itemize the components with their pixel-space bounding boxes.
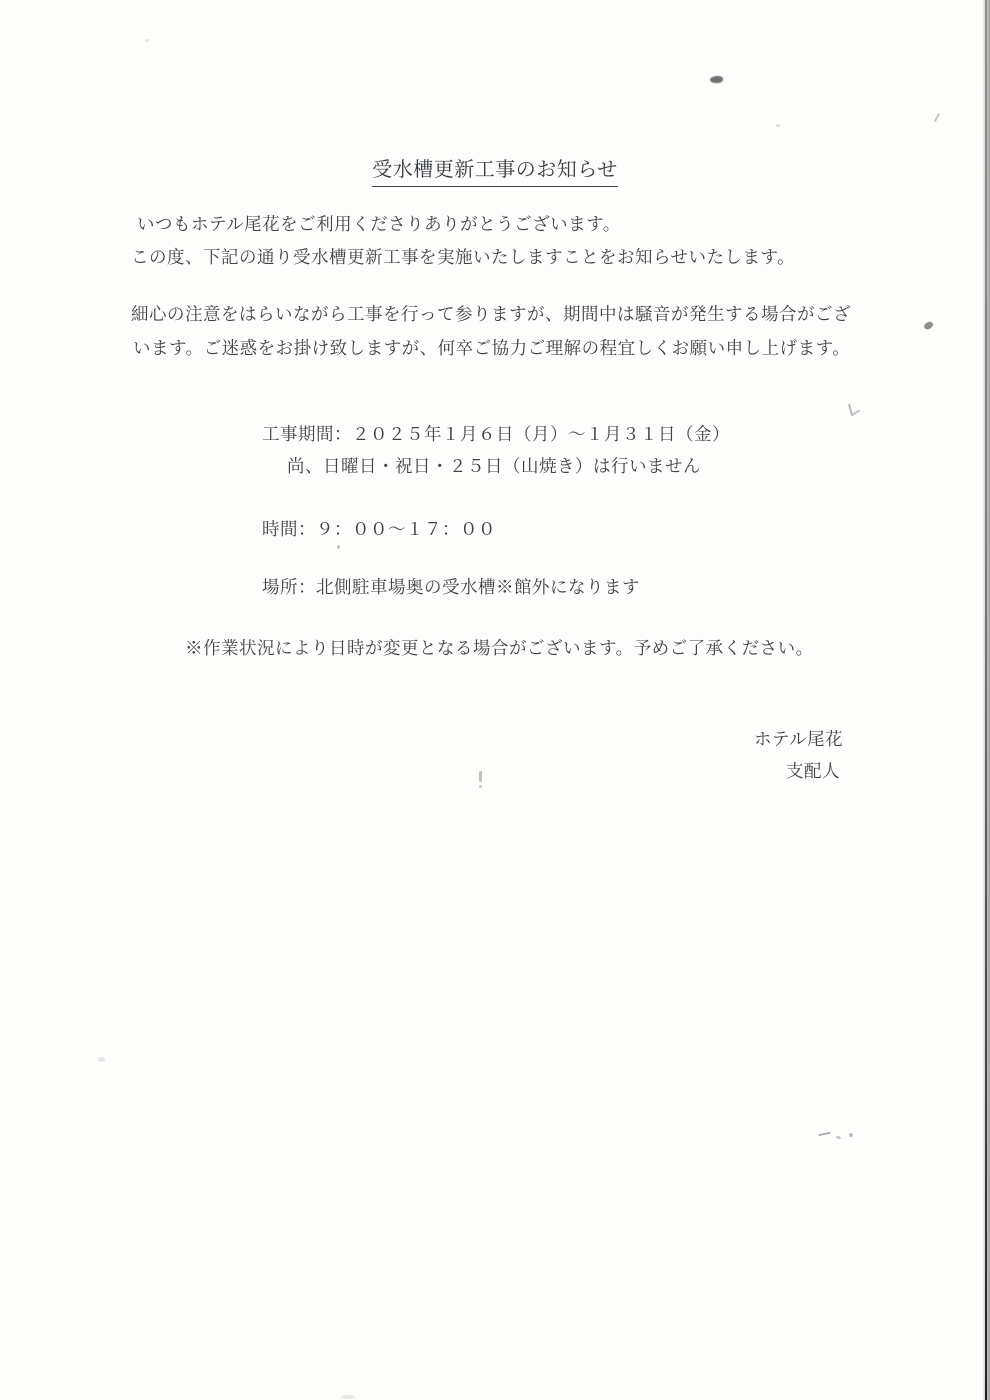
scan-speck — [934, 113, 940, 122]
scan-speck — [145, 39, 149, 42]
apology-line-1: 細心の注意をはらいながら工事を行って参りますが、期間中は騒音が発生する場合がござ — [131, 305, 851, 327]
scan-speck — [849, 1133, 853, 1137]
scan-speck — [337, 545, 340, 549]
schedule-change-remark: ※作業状況により日時が変更となる場合がございます。予めご了承ください。 — [185, 639, 814, 661]
document-title: 受水槽更新工事のお知らせ — [372, 153, 617, 187]
scan-speck — [479, 785, 482, 788]
apology-line-2: います。ご迷惑をお掛け致しますが、何卒ご協力ご理解の程宜しくお願い申し上げます。 — [133, 339, 850, 361]
scan-speck — [341, 1395, 355, 1399]
signature-hotel-name: ホテル尾花 — [754, 730, 843, 752]
scan-speck — [848, 400, 860, 417]
scan-speck — [776, 124, 780, 127]
scan-edge-line — [985, 0, 987, 1400]
scanned-notice-page: 受水槽更新工事のお知らせ いつもホテル尾花をご利用くださりありがとうございます。… — [0, 0, 990, 1400]
construction-place: 場所：北側駐車場奥の受水槽※館外になります — [262, 578, 640, 600]
construction-period: 工事期間：２０２５年１月６日（月）～１月３１日（金） — [262, 425, 730, 447]
greeting-line-2: この度、下記の通り受水槽更新工事を実施いたしますことをお知らせいたします。 — [131, 248, 795, 270]
construction-period-note: 尚、日曜日・祝日・２５日（山焼き）は行いません — [287, 457, 701, 479]
scan-speck — [710, 76, 723, 83]
construction-time: 時間：９：００～１７：００ — [262, 520, 496, 542]
scan-speck — [98, 1057, 105, 1062]
scan-speck — [479, 771, 482, 782]
signature-manager: 支配人 — [786, 762, 840, 784]
title-row: 受水槽更新工事のお知らせ — [0, 153, 990, 187]
scan-speck — [923, 320, 934, 331]
scan-speck — [817, 1127, 830, 1136]
greeting-line-1: いつもホテル尾花をご利用くださりありがとうございます。 — [137, 215, 621, 237]
scan-speck — [836, 1135, 842, 1140]
